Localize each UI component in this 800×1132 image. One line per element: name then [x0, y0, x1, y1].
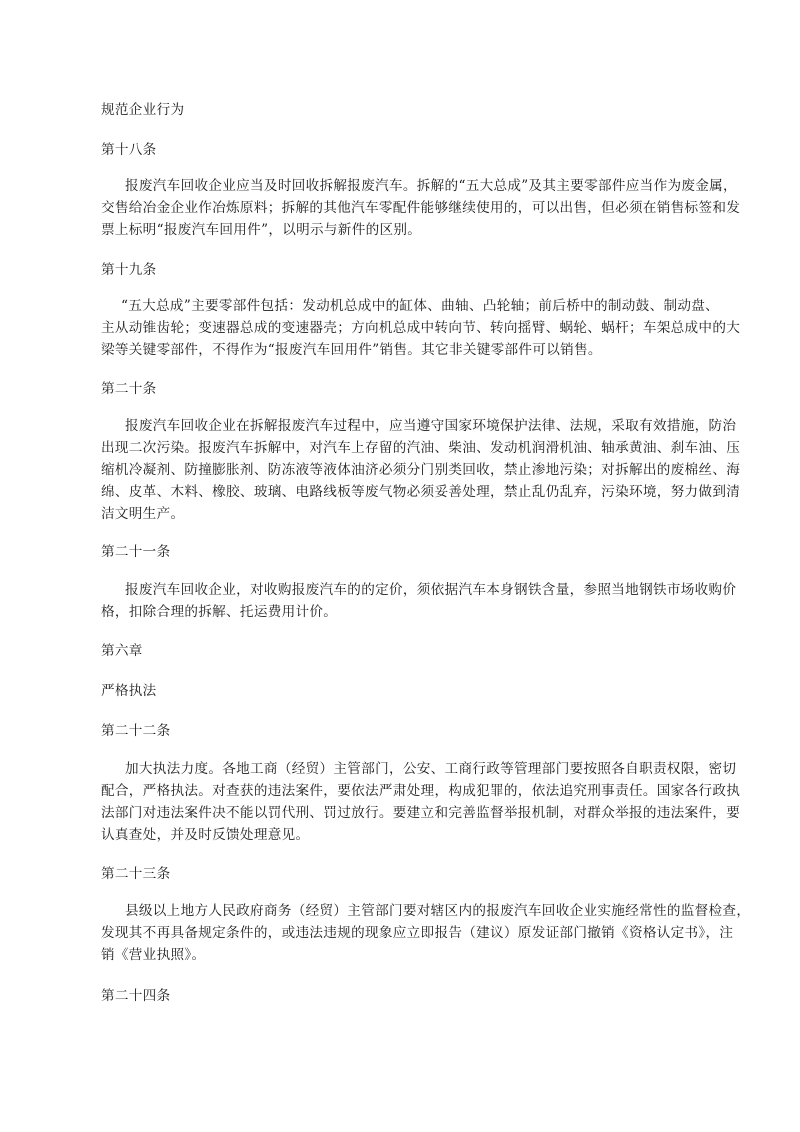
paragraph-line: 销《营业执照》。: [101, 947, 700, 963]
paragraph-line: “五大总成”主要零部件包括：发动机总成中的缸体、曲轴、凸轮轴；前后桥中的制动鼓、…: [101, 298, 700, 314]
article-24-heading: 第二十四条: [101, 988, 701, 1004]
paragraph-line: 洁文明生产。: [101, 506, 700, 522]
paragraph-line: 格，扣除合理的拆解、托运费用计价。: [101, 604, 700, 620]
article-20-heading: 第二十条: [101, 381, 701, 397]
chapter-6-heading: 第六章: [101, 643, 701, 659]
paragraph-line: 交售给冶金企业作冶炼原料；拆解的其他汽车零配件能够继续使用的，可以出售，但必须在…: [101, 200, 700, 216]
section-title-regulate-enterprise-conduct: 规范企业行为: [101, 102, 701, 118]
paragraph-line: 发现其不再具备规定条件的，或违法违规的现象应立即报告（建议）原发证部门撤销《资格…: [101, 925, 700, 941]
paragraph-line: 梁等关键零部件，不得作为“报废汽车回用件”销售。其它非关键零部件可以销售。: [101, 342, 700, 358]
paragraph-line: 报废汽车回收企业应当及时回收拆解报废汽车。拆解的“五大总成”及其主要零部件应当作…: [101, 178, 700, 194]
chapter-6-title-strict-enforcement: 严格执法: [101, 683, 701, 699]
article-23-heading: 第二十三条: [101, 866, 701, 882]
paragraph-line: 加大执法力度。各地工商（经贸）主管部门，公安、工商行政等管理部门要按照各自职责权…: [101, 761, 700, 777]
paragraph-line: 出现二次污染。报废汽车拆解中，对汽车上存留的汽油、柴油、发动机润滑机油、轴承黄油…: [101, 440, 700, 456]
article-19-heading: 第十九条: [101, 262, 701, 278]
paragraph-line: 报废汽车回收企业在拆解报废汽车过程中，应当遵守国家环境保护法律、法规，采取有效措…: [101, 418, 700, 434]
paragraph-line: 报废汽车回收企业，对收购报废汽车的的定价，须依据汽车本身钢铁含量，参照当地钢铁市…: [101, 582, 700, 598]
document-page: 规范企业行为 第十八条 报废汽车回收企业应当及时回收拆解报废汽车。拆解的“五大总…: [0, 0, 800, 1132]
paragraph-line: 法部门对违法案件决不能以罚代刑、罚过放行。要建立和完善监督举报机制，对群众举报的…: [101, 805, 700, 821]
paragraph-line: 主从动锥齿轮；变速器总成的变速器壳；方向机总成中转向节、转向摇臂、蜗轮、蜗杆；车…: [101, 320, 700, 336]
article-18-heading: 第十八条: [101, 142, 701, 158]
paragraph-line: 票上标明“报废汽车回用件”，以明示与新件的区别。: [101, 222, 700, 238]
paragraph-line: 绵、皮革、木料、橡胶、玻璃、电路线板等废气物必须妥善处理，禁止乱仍乱弃，污染环境…: [101, 484, 700, 500]
paragraph-line: 认真查处，并及时反馈处理意见。: [101, 827, 700, 843]
paragraph-line: 县级以上地方人民政府商务（经贸）主管部门要对辖区内的报废汽车回收企业实施经常性的…: [101, 903, 700, 919]
article-21-heading: 第二十一条: [101, 544, 701, 560]
paragraph-line: 缩机冷凝剂、防撞膨胀剂、防冻液等液体油济必须分门别类回收，禁止渗地污染；对拆解出…: [101, 462, 700, 478]
paragraph-line: 配合，严格执法。对查获的违法案件，要依法严肃处理，构成犯罪的，依法追究刑事责任。…: [101, 783, 700, 799]
article-22-heading: 第二十二条: [101, 723, 701, 739]
